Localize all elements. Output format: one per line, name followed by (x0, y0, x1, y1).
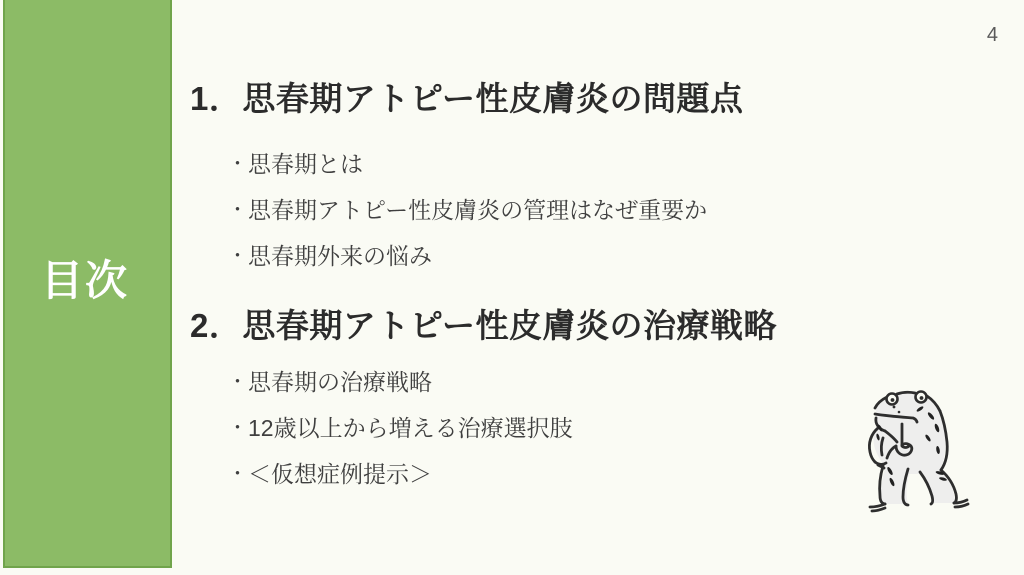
section-1-heading: 1．思春期アトピー性皮膚炎の問題点 (190, 79, 744, 119)
list-item-text: 12歳以上から増える治療選択肢 (248, 417, 573, 440)
list-item-text: 思春期アトピー性皮膚炎の管理はなぜ重要か (248, 199, 707, 222)
toc-sidebar-panel: 目次 (3, 0, 172, 568)
slide: 目次 4 1．思春期アトピー性皮膚炎の問題点 ・ 思春期とは ・ 思春期アトピー… (0, 0, 1024, 575)
list-item: ・ ＜仮想症例提示＞ (228, 463, 573, 486)
list-item: ・ 12歳以上から増える治療選択肢 (228, 417, 573, 440)
list-item-text: ＜仮想症例提示＞ (248, 463, 432, 486)
list-item-text: 思春期外来の悩み (248, 245, 432, 268)
content-area: 1．思春期アトピー性皮膚炎の問題点 ・ 思春期とは ・ 思春期アトピー性皮膚炎の… (190, 0, 890, 575)
list-item: ・ 思春期とは (228, 153, 707, 176)
page-number: 4 (987, 24, 998, 47)
list-item: ・ 思春期の治療戦略 (228, 371, 573, 394)
bullet-icon: ・ (228, 371, 248, 394)
list-item-text: 思春期の治療戦略 (248, 371, 432, 394)
list-item: ・ 思春期アトピー性皮膚炎の管理はなぜ重要か (228, 199, 707, 222)
list-item: ・ 思春期外来の悩み (228, 245, 707, 268)
bullet-icon: ・ (228, 153, 248, 176)
bullet-icon: ・ (228, 417, 248, 440)
bullet-icon: ・ (228, 245, 248, 268)
section-2-heading: 2．思春期アトピー性皮膚炎の治療戦略 (190, 306, 777, 346)
frog-pointing-illustration (856, 376, 981, 521)
list-item-text: 思春期とは (248, 153, 363, 176)
bullet-icon: ・ (228, 463, 248, 486)
section-1-list: ・ 思春期とは ・ 思春期アトピー性皮膚炎の管理はなぜ重要か ・ 思春期外来の悩… (228, 153, 707, 268)
toc-title: 目次 (41, 258, 129, 304)
bullet-icon: ・ (228, 199, 248, 222)
section-2-list: ・ 思春期の治療戦略 ・ 12歳以上から増える治療選択肢 ・ ＜仮想症例提示＞ (228, 371, 573, 486)
